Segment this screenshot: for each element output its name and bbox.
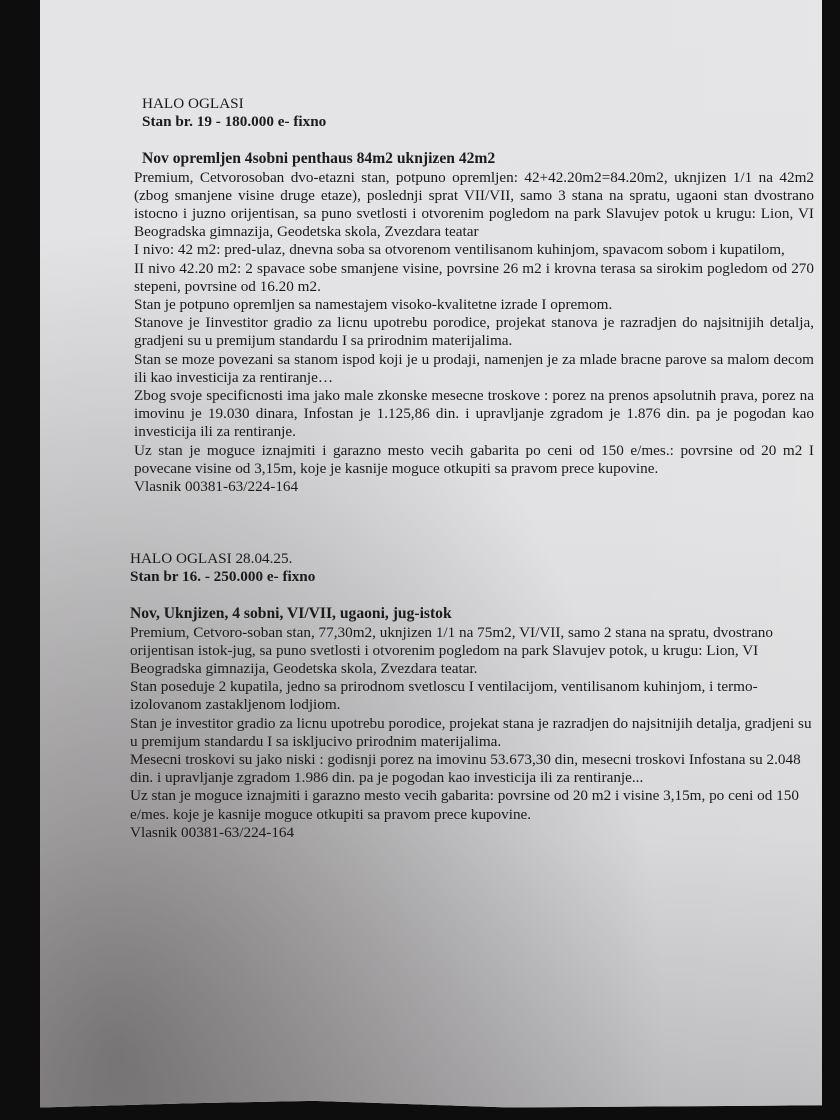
ad-body: Premium, Cetvoro-soban stan, 77,30m2, uk… bbox=[130, 624, 814, 842]
ad-paragraph: II nivo 42.20 m2: 2 spavace sobe smanjen… bbox=[134, 260, 814, 296]
listing-ad-1: HALO OGLASI Stan br. 19 - 180.000 e- fix… bbox=[142, 95, 814, 496]
ad-paragraph: I nivo: 42 m2: pred-ulaz, dnevna soba sa… bbox=[134, 241, 814, 259]
owner-contact: Vlasnik 00381-63/224-164 bbox=[134, 478, 814, 496]
ad-body: Premium, Cetvorosoban dvo-etazni stan, p… bbox=[134, 169, 814, 497]
ad-price-line: Stan br. 19 - 180.000 e- fixno bbox=[142, 113, 814, 131]
ad-paragraph: Stan se moze povezani sa stanom ispod ko… bbox=[134, 351, 814, 387]
ad-title: Nov, Uknjizen, 4 sobni, VI/VII, ugaoni, … bbox=[130, 605, 814, 623]
ad-paragraph: Stan poseduje 2 kupatila, jedno sa priro… bbox=[130, 678, 814, 714]
ad-paragraph: Premium, Cetvorosoban dvo-etazni stan, p… bbox=[134, 169, 814, 242]
ad-paragraph: Premium, Cetvoro-soban stan, 77,30m2, uk… bbox=[130, 624, 814, 679]
owner-contact: Vlasnik 00381-63/224-164 bbox=[130, 824, 814, 842]
ad-title: Nov opremljen 4sobni penthaus 84m2 uknji… bbox=[142, 150, 814, 168]
ad-paragraph: Uz stan je moguce iznajmiti i garazno me… bbox=[134, 442, 814, 478]
ad-paragraph: Mesecni troskovi su jako niski : godisnj… bbox=[130, 751, 814, 787]
ad-price-line: Stan br 16. - 250.000 e- fixno bbox=[130, 568, 814, 586]
ad-paragraph: Uz stan je moguce iznajmiti i garazno me… bbox=[130, 787, 814, 823]
ad-paragraph: Stan je investitor gradio za licnu upotr… bbox=[130, 715, 814, 751]
ad-source: HALO OGLASI 28.04.25. bbox=[130, 550, 814, 568]
ad-paragraph: Stan je potpuno opremljen sa namestajem … bbox=[134, 296, 814, 314]
ad-source: HALO OGLASI bbox=[142, 95, 814, 113]
listing-ad-2: HALO OGLASI 28.04.25. Stan br 16. - 250.… bbox=[130, 550, 814, 842]
ad-paragraph: Zbog svoje specificnosti ima jako male z… bbox=[134, 387, 814, 442]
ad-paragraph: Stanove je Iinvestitor gradio za licnu u… bbox=[134, 314, 814, 350]
